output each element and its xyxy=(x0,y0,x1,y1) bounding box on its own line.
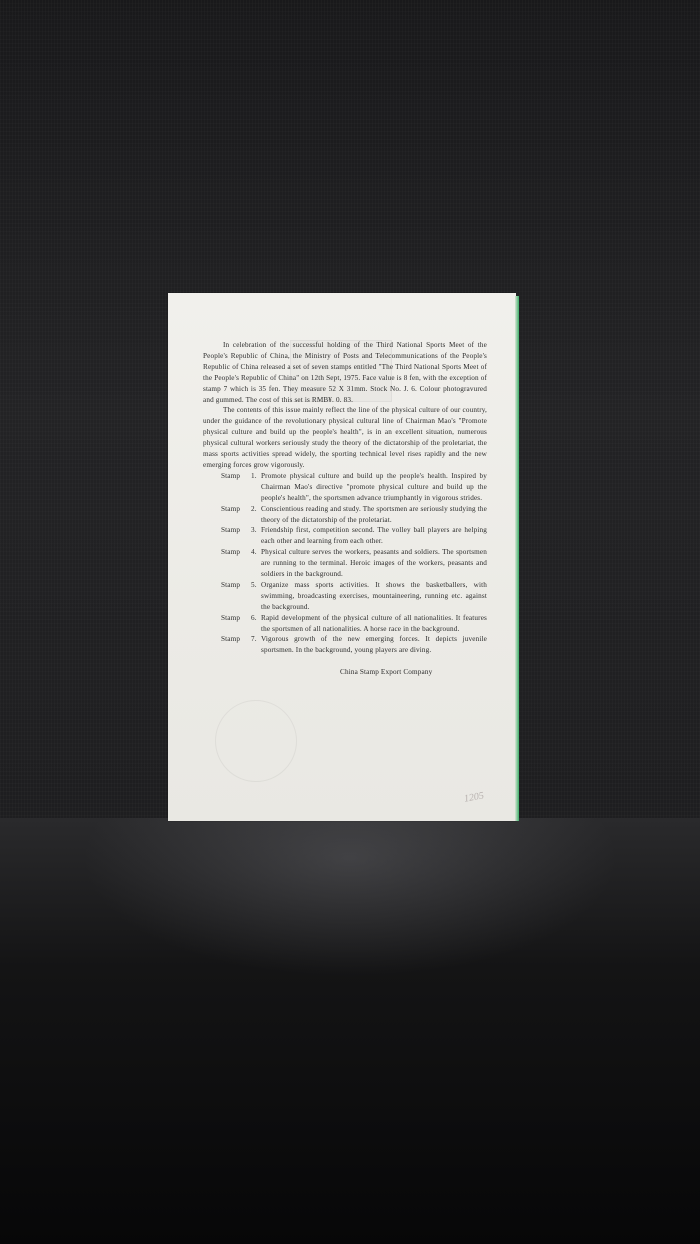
stamp-description: Vigorous growth of the new emerging forc… xyxy=(261,634,487,656)
stamp-entry-6: Stamp 6. Rapid development of the physic… xyxy=(203,613,487,635)
contents-paragraph: The contents of this issue mainly reflec… xyxy=(203,405,487,470)
stamp-entry-7: Stamp 7. Vigorous growth of the new emer… xyxy=(203,634,487,656)
stamp-number: 6. xyxy=(251,613,261,635)
stamp-entry-2: Stamp 2. Conscientious reading and study… xyxy=(203,504,487,526)
stamp-label: Stamp xyxy=(203,504,251,526)
stamp-entry-4: Stamp 4. Physical culture serves the wor… xyxy=(203,547,487,580)
stamp-description: Friendship first, competition second. Th… xyxy=(261,525,487,547)
stamp-number: 3. xyxy=(251,525,261,547)
stamp-description: Promote physical culture and build up th… xyxy=(261,471,487,504)
stamp-label: Stamp xyxy=(203,547,251,580)
show-through-postmark xyxy=(215,700,297,782)
stamp-entry-3: Stamp 3. Friendship first, competition s… xyxy=(203,525,487,547)
stamp-label: Stamp xyxy=(203,471,251,504)
stamp-label: Stamp xyxy=(203,613,251,635)
stamp-number: 2. xyxy=(251,504,261,526)
glossy-surface xyxy=(0,818,700,1244)
stamp-number: 7. xyxy=(251,634,261,656)
stamp-number: 4. xyxy=(251,547,261,580)
stamp-entry-5: Stamp 5. Organize mass sports activities… xyxy=(203,580,487,613)
stamp-number: 5. xyxy=(251,580,261,613)
intro-paragraph: In celebration of the successful holding… xyxy=(203,340,487,405)
card-text: In celebration of the successful holding… xyxy=(203,340,487,678)
stamp-description: Organize mass sports activities. It show… xyxy=(261,580,487,613)
card-green-edge xyxy=(515,296,519,821)
company-signature: China Stamp Export Company xyxy=(203,667,487,678)
stamp-label: Stamp xyxy=(203,634,251,656)
stamp-label: Stamp xyxy=(203,580,251,613)
stamp-description: Rapid development of the physical cultur… xyxy=(261,613,487,635)
stamp-number: 1. xyxy=(251,471,261,504)
stamp-description: Physical culture serves the workers, pea… xyxy=(261,547,487,580)
stamp-label: Stamp xyxy=(203,525,251,547)
stamp-entry-1: Stamp 1. Promote physical culture and bu… xyxy=(203,471,487,504)
stamp-description: Conscientious reading and study. The spo… xyxy=(261,504,487,526)
